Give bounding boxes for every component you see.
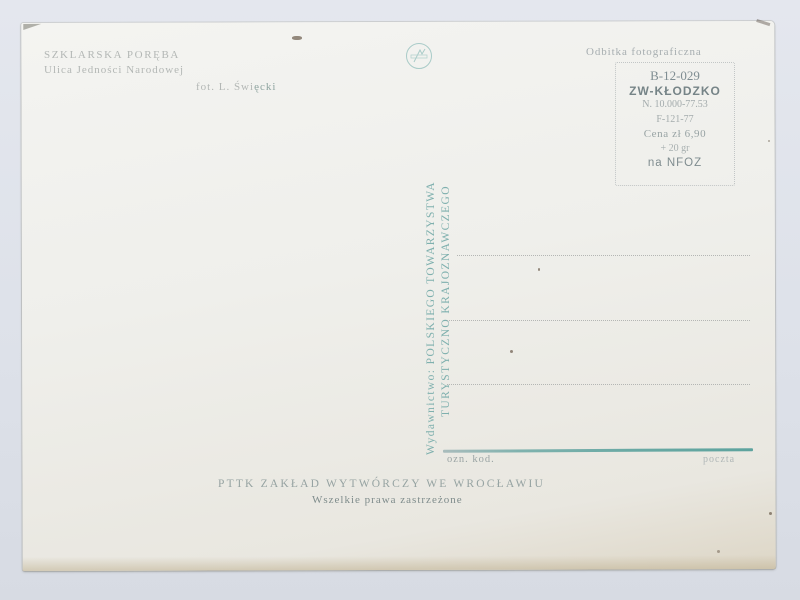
photo-type-label: Odbitka fotograficzna: [586, 46, 702, 58]
stamp-number: N. 10.000-77.53: [616, 98, 734, 113]
publisher-footer: PTTK ZAKŁAD WYTWÓRCZY WE WROCŁAWIU: [218, 478, 638, 490]
card-corner-crease: [23, 24, 41, 30]
publisher-line-1: Wydawnictwo: POLSKIEGO TOWARZYSTWA: [425, 181, 437, 455]
photographer-credit: fot. L. Święcki: [196, 81, 276, 93]
publisher-line-2: TURYSTYCZNO KRAJOZNAWCZEGO: [440, 185, 452, 417]
blemish: [717, 550, 720, 553]
photographer-credit-end: ęcki: [254, 81, 276, 93]
printing-stamp: B-12-029 ZW-KŁODZKO N. 10.000-77.53 F-12…: [615, 62, 735, 186]
stamp-fund: na NFOZ: [616, 156, 734, 171]
pttk-emblem-icon: [405, 42, 433, 70]
street-caption: Ulica Jedności Narodowej: [44, 64, 184, 76]
post-office-label: poczta: [703, 454, 735, 465]
card-corner-wear: [756, 19, 770, 26]
stamp-region: ZW-KŁODZKO: [616, 84, 734, 99]
address-line: [447, 384, 750, 385]
address-line: [457, 255, 750, 256]
postal-code-label: ozn. kod.: [447, 454, 495, 465]
stamp-code: B-12-029: [616, 69, 734, 84]
blemish: [538, 268, 540, 271]
publisher-vertical: Wydawnictwo: POLSKIEGO TOWARZYSTWA TURYS…: [395, 83, 465, 455]
stamp-surcharge: + 20 gr: [616, 142, 734, 157]
blemish: [292, 36, 302, 40]
blemish: [768, 140, 770, 142]
address-line: [447, 320, 750, 321]
stamp-form: F-121-77: [616, 113, 734, 128]
blemish: [510, 350, 513, 353]
card-aged-edge: [23, 555, 776, 571]
location-title: SZKLARSKA PORĘBA: [44, 49, 180, 61]
blemish: [769, 512, 772, 515]
photographer-credit-start: fot. L. Świ: [196, 81, 254, 93]
rights-notice: Wszelkie prawa zastrzeżone: [312, 494, 463, 506]
stamp-price: Cena zł 6,90: [616, 127, 734, 142]
